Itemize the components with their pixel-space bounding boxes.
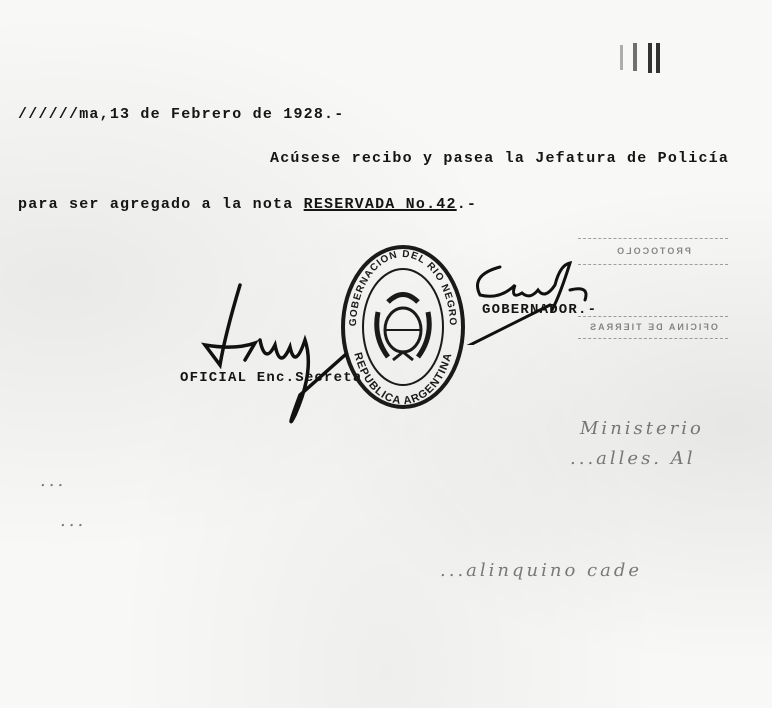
body-line-2: para ser agregado a la nota RESERVADA No… <box>18 196 477 213</box>
ink-smudge-marks <box>600 35 680 75</box>
divider <box>578 238 728 239</box>
handwritten-bleed-line-5: ...alinquino cade <box>440 560 642 581</box>
seal-bottom-text: REPUBLICA ARGENTINA <box>351 351 454 407</box>
handwritten-bleed-line-1: Ministerio <box>580 418 704 439</box>
officer-signature <box>195 275 365 435</box>
body-line-2-suffix: .- <box>457 196 477 213</box>
handwritten-bleed-line-3: ... <box>40 470 66 491</box>
body-line-2-prefix: para ser agregado a la nota <box>18 196 304 213</box>
reserved-note-reference: RESERVADA No.42 <box>304 196 457 213</box>
body-line-1: Acúsese recibo y pasea la Jefatura de Po… <box>270 150 729 167</box>
date-line: //////ma,13 de Febrero de 1928.- <box>18 106 344 123</box>
handwritten-bleed-line-2: ...alles. Al <box>570 448 696 469</box>
handwritten-bleed-line-4: ... <box>60 510 86 531</box>
governor-signature <box>460 255 610 345</box>
coat-of-arms-icon <box>377 295 430 361</box>
svg-text:REPUBLICA ARGENTINA: REPUBLICA ARGENTINA <box>351 351 454 407</box>
